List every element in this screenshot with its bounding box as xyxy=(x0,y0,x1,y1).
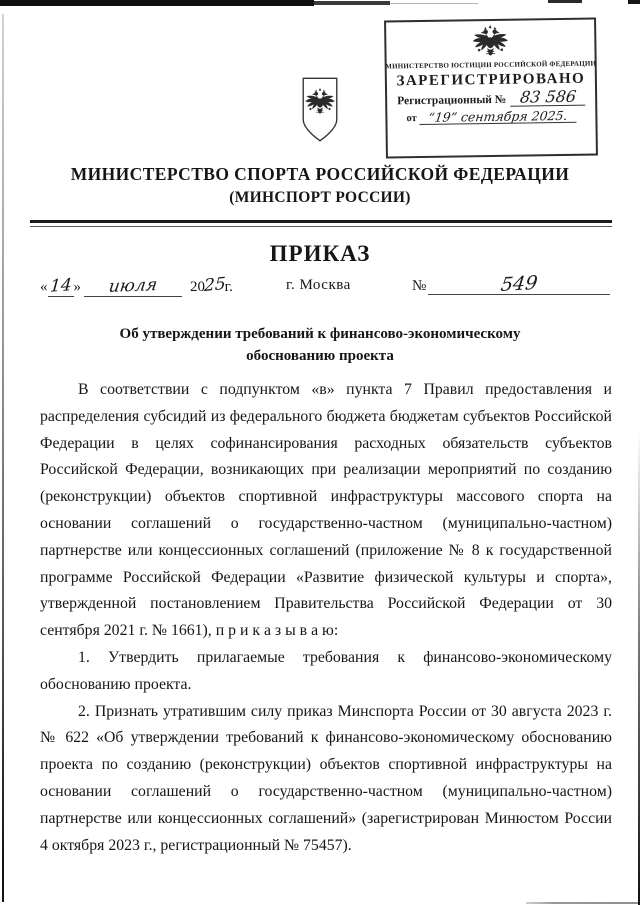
stamp-registration-number-label: Регистрационный № xyxy=(397,94,506,109)
header-rule xyxy=(30,220,612,227)
order-number-sign: № xyxy=(412,278,426,295)
stamp-agency-label: МИНИСТЕРСТВО ЮСТИЦИИ РОССИЙСКОЙ ФЕДЕРАЦИ… xyxy=(385,60,596,71)
order-requisites-row: «14» июля 2025г. г. Москва № 549 xyxy=(40,276,612,302)
scan-artifact-left-edge xyxy=(2,14,4,902)
stamp-registration-number-value: 83 586 xyxy=(519,90,577,105)
order-number: № 549 xyxy=(412,276,610,295)
stamp-date-row: от “19” сентября 2025. xyxy=(406,109,576,125)
body-paragraph: 2. Признать утратившим силу приказ Минсп… xyxy=(40,699,612,860)
order-date-month: июля xyxy=(84,276,182,297)
document-title: Об утверждении требований к финансово-эк… xyxy=(80,323,560,367)
ministry-short-name: (МИНСПОРТ РОССИИ) xyxy=(0,189,640,207)
scan-artifact-bottom-right xyxy=(526,902,638,904)
order-date-year-value: 25 xyxy=(204,274,227,296)
document-body: В соответствии с подпунктом «в» пункта 7… xyxy=(40,377,612,859)
scan-artifact-top-dash xyxy=(548,0,582,3)
doc-type-title: ПРИКАЗ xyxy=(0,241,640,267)
ministry-name: МИНИСТЕРСТВО СПОРТА РОССИЙСКОЙ ФЕДЕРАЦИИ xyxy=(0,164,640,185)
coat-of-arms-icon xyxy=(291,76,349,144)
order-number-value: 549 xyxy=(500,275,539,293)
order-city: г. Москва xyxy=(286,277,351,294)
scanned-order-page: МИНИСТЕРСТВО ЮСТИЦИИ РОССИЙСКОЙ ФЕДЕРАЦИ… xyxy=(0,0,640,905)
body-paragraph: 1. Утвердить прилагаемые требования к фи… xyxy=(40,645,612,699)
scan-artifact-top-bar-2 xyxy=(314,1,390,5)
stamp-registration-row: Регистрационный № 83 586 xyxy=(397,90,585,109)
justice-registration-stamp: МИНИСТЕРСТВО ЮСТИЦИИ РОССИЙСКОЙ ФЕДЕРАЦИ… xyxy=(384,18,598,159)
order-date-day: «14» xyxy=(40,276,81,297)
order-date-day-value: 14 xyxy=(49,275,72,296)
scan-artifact-top-dash-2 xyxy=(628,0,640,4)
order-date-month-value: июля xyxy=(107,275,158,297)
stamp-date-prefix: от xyxy=(406,113,416,125)
stamp-eagle-icon xyxy=(471,25,509,60)
stamp-date-handwritten: “19” сентября 2025. xyxy=(428,109,569,124)
scan-artifact-top-bar xyxy=(0,0,314,6)
order-date-year: 2025г. xyxy=(190,276,233,296)
body-paragraph: В соответствии с подпунктом «в» пункта 7… xyxy=(40,377,612,645)
